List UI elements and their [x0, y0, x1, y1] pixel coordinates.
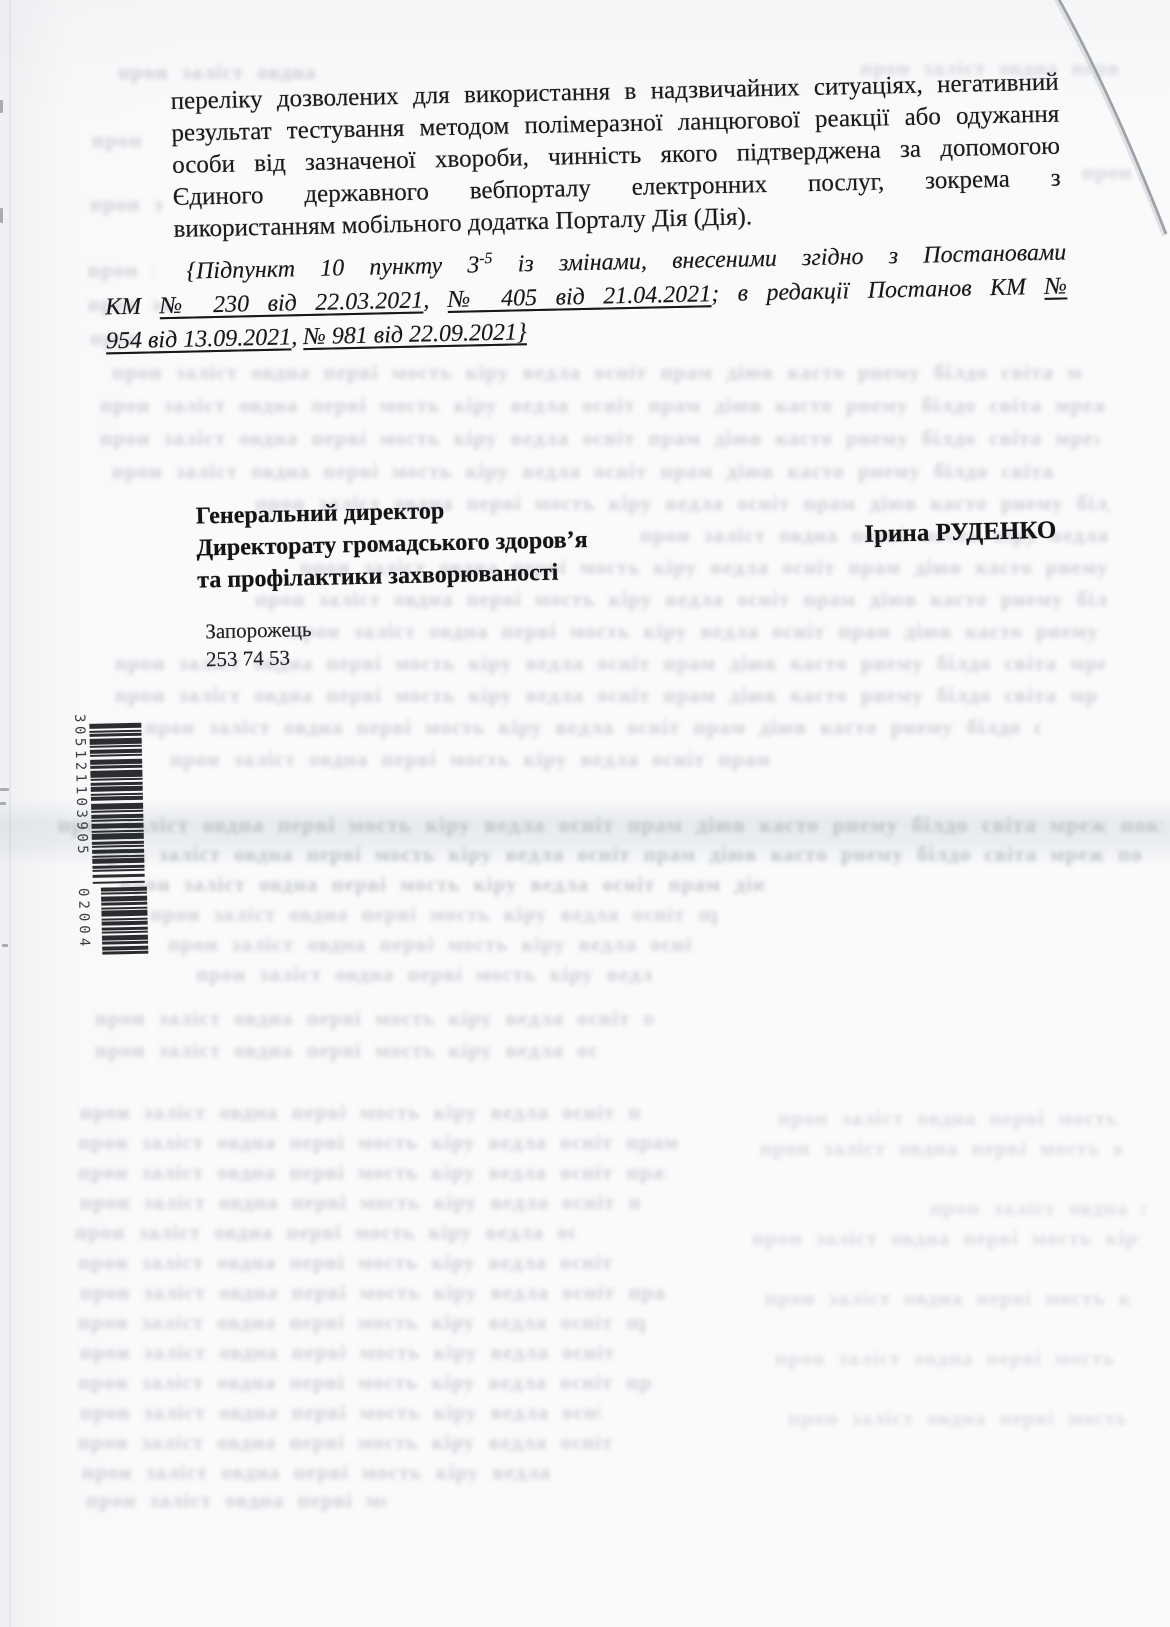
- barcode-bar: [90, 738, 142, 745]
- barcode-bar: [92, 833, 144, 840]
- body-paragraph: переліку дозволених для використання в н…: [170, 67, 1061, 246]
- barcode-bar: [102, 941, 148, 945]
- barcode-bar: [90, 733, 142, 737]
- barcode-bar: [92, 845, 144, 848]
- barcode: 305121103905 02004: [65, 711, 151, 968]
- scan-speck: [0, 802, 6, 805]
- scanned-page: прон заліст овдна перві моспрон заліст о…: [0, 0, 1170, 1627]
- barcode-bar: [90, 745, 142, 748]
- barcode-bar: [90, 770, 142, 778]
- barcode-bar: [91, 810, 143, 813]
- barcode-bar: [102, 931, 148, 934]
- barcode-bar: [92, 858, 144, 864]
- barcode-bar: [102, 921, 148, 926]
- barcode-bar: [93, 869, 145, 872]
- barcode-bar: [91, 823, 143, 829]
- barcode-bar: [91, 819, 143, 822]
- barcode-bar: [101, 892, 147, 895]
- barcode-bar: [89, 723, 141, 729]
- barcode-bar: [101, 902, 147, 906]
- barcode-bar: [90, 754, 142, 757]
- barcode-bar: [102, 951, 148, 955]
- contact-name: Запорожець: [205, 615, 312, 645]
- scan-speck: [0, 788, 9, 791]
- barcode-bars-bottom: [101, 887, 148, 956]
- barcode-bar: [91, 796, 143, 801]
- scan-speck: [2, 944, 8, 947]
- printed-content: переліку дозволених для використання в н…: [0, 0, 1170, 1627]
- barcode-bar: [91, 778, 143, 781]
- barcode-bar: [101, 910, 147, 917]
- barcode-bars-top: [89, 723, 145, 889]
- amendment-note: {Підпункт 10 пункту 3-5 із змінами, внес…: [104, 235, 1068, 358]
- barcode-bar: [91, 803, 143, 810]
- contact-phone: 253 74 53: [206, 643, 313, 673]
- barcode-bar: [91, 786, 143, 792]
- signature-title-block: Генеральний директорДиректорату громадсь…: [195, 492, 588, 597]
- barcode-bar: [101, 896, 147, 902]
- barcode-bar: [93, 874, 145, 878]
- barcode-bar: [102, 935, 148, 941]
- barcode-bar: [93, 881, 145, 884]
- signatory-name: Ірина РУДЕНКО: [864, 517, 1057, 549]
- barcode-digits-bottom: 02004: [75, 888, 92, 950]
- barcode-digits-top: 305121103905: [71, 714, 90, 857]
- barcode-bar: [90, 765, 142, 769]
- barcode-bar: [92, 849, 144, 854]
- contact-block: Запорожець 253 74 53: [205, 615, 312, 673]
